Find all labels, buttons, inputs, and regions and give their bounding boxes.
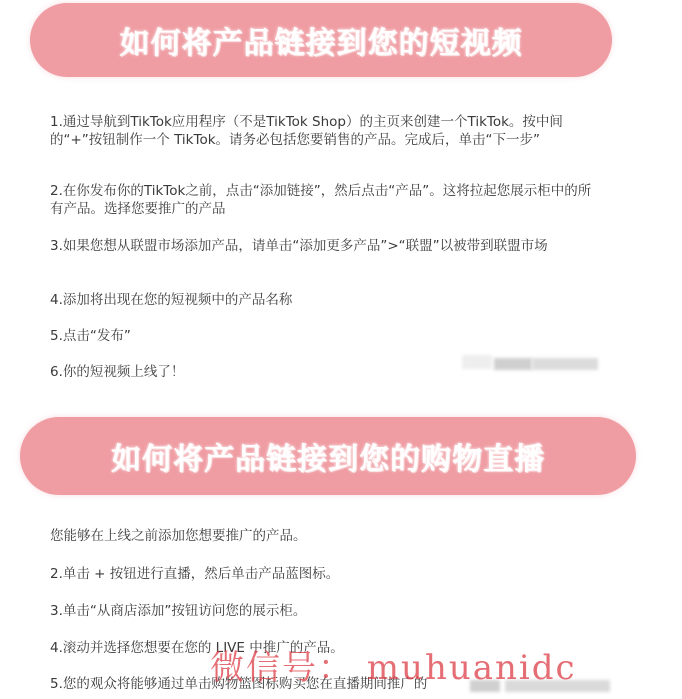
section1-title-banner: 如何将产品链接到您的短视频 — [30, 3, 612, 77]
section1-title: 如何将产品链接到您的短视频 — [120, 18, 523, 62]
section1-step-1: 1.通过导航到TikTok应用程序（不是TikTok Shop）的主页来创建一个… — [50, 113, 595, 149]
section1-step-2: 2.在你发布你的TikTok之前，点击“添加链接”，然后点击“产品”。这将拉起您… — [50, 182, 595, 218]
section2-step-2: 2.单击 + 按钮进行直播，然后单击产品蓝图标。 — [50, 565, 595, 583]
section1-step-5: 5.点击“发布” — [50, 327, 595, 345]
redacted-block — [462, 355, 492, 369]
section2-step-3: 3.单击“从商店添加”按钮访问您的展示柜。 — [50, 602, 595, 620]
section2-title: 如何将产品链接到您的购物直播 — [111, 434, 545, 478]
section2-step-1: 您能够在上线之前添加您想要推广的产品。 — [50, 527, 595, 545]
section1-step-4: 4.添加将出现在您的短视频中的产品名称 — [50, 291, 595, 309]
redacted-block — [494, 358, 532, 370]
redacted-block — [532, 358, 598, 370]
section2-title-banner: 如何将产品链接到您的购物直播 — [20, 417, 636, 495]
watermark: 微信号： muhuanidc — [210, 640, 577, 689]
section1-step-3: 3.如果您想从联盟市场添加产品，请单击“添加更多产品”>“联盟”以被带到联盟市场 — [50, 237, 595, 255]
